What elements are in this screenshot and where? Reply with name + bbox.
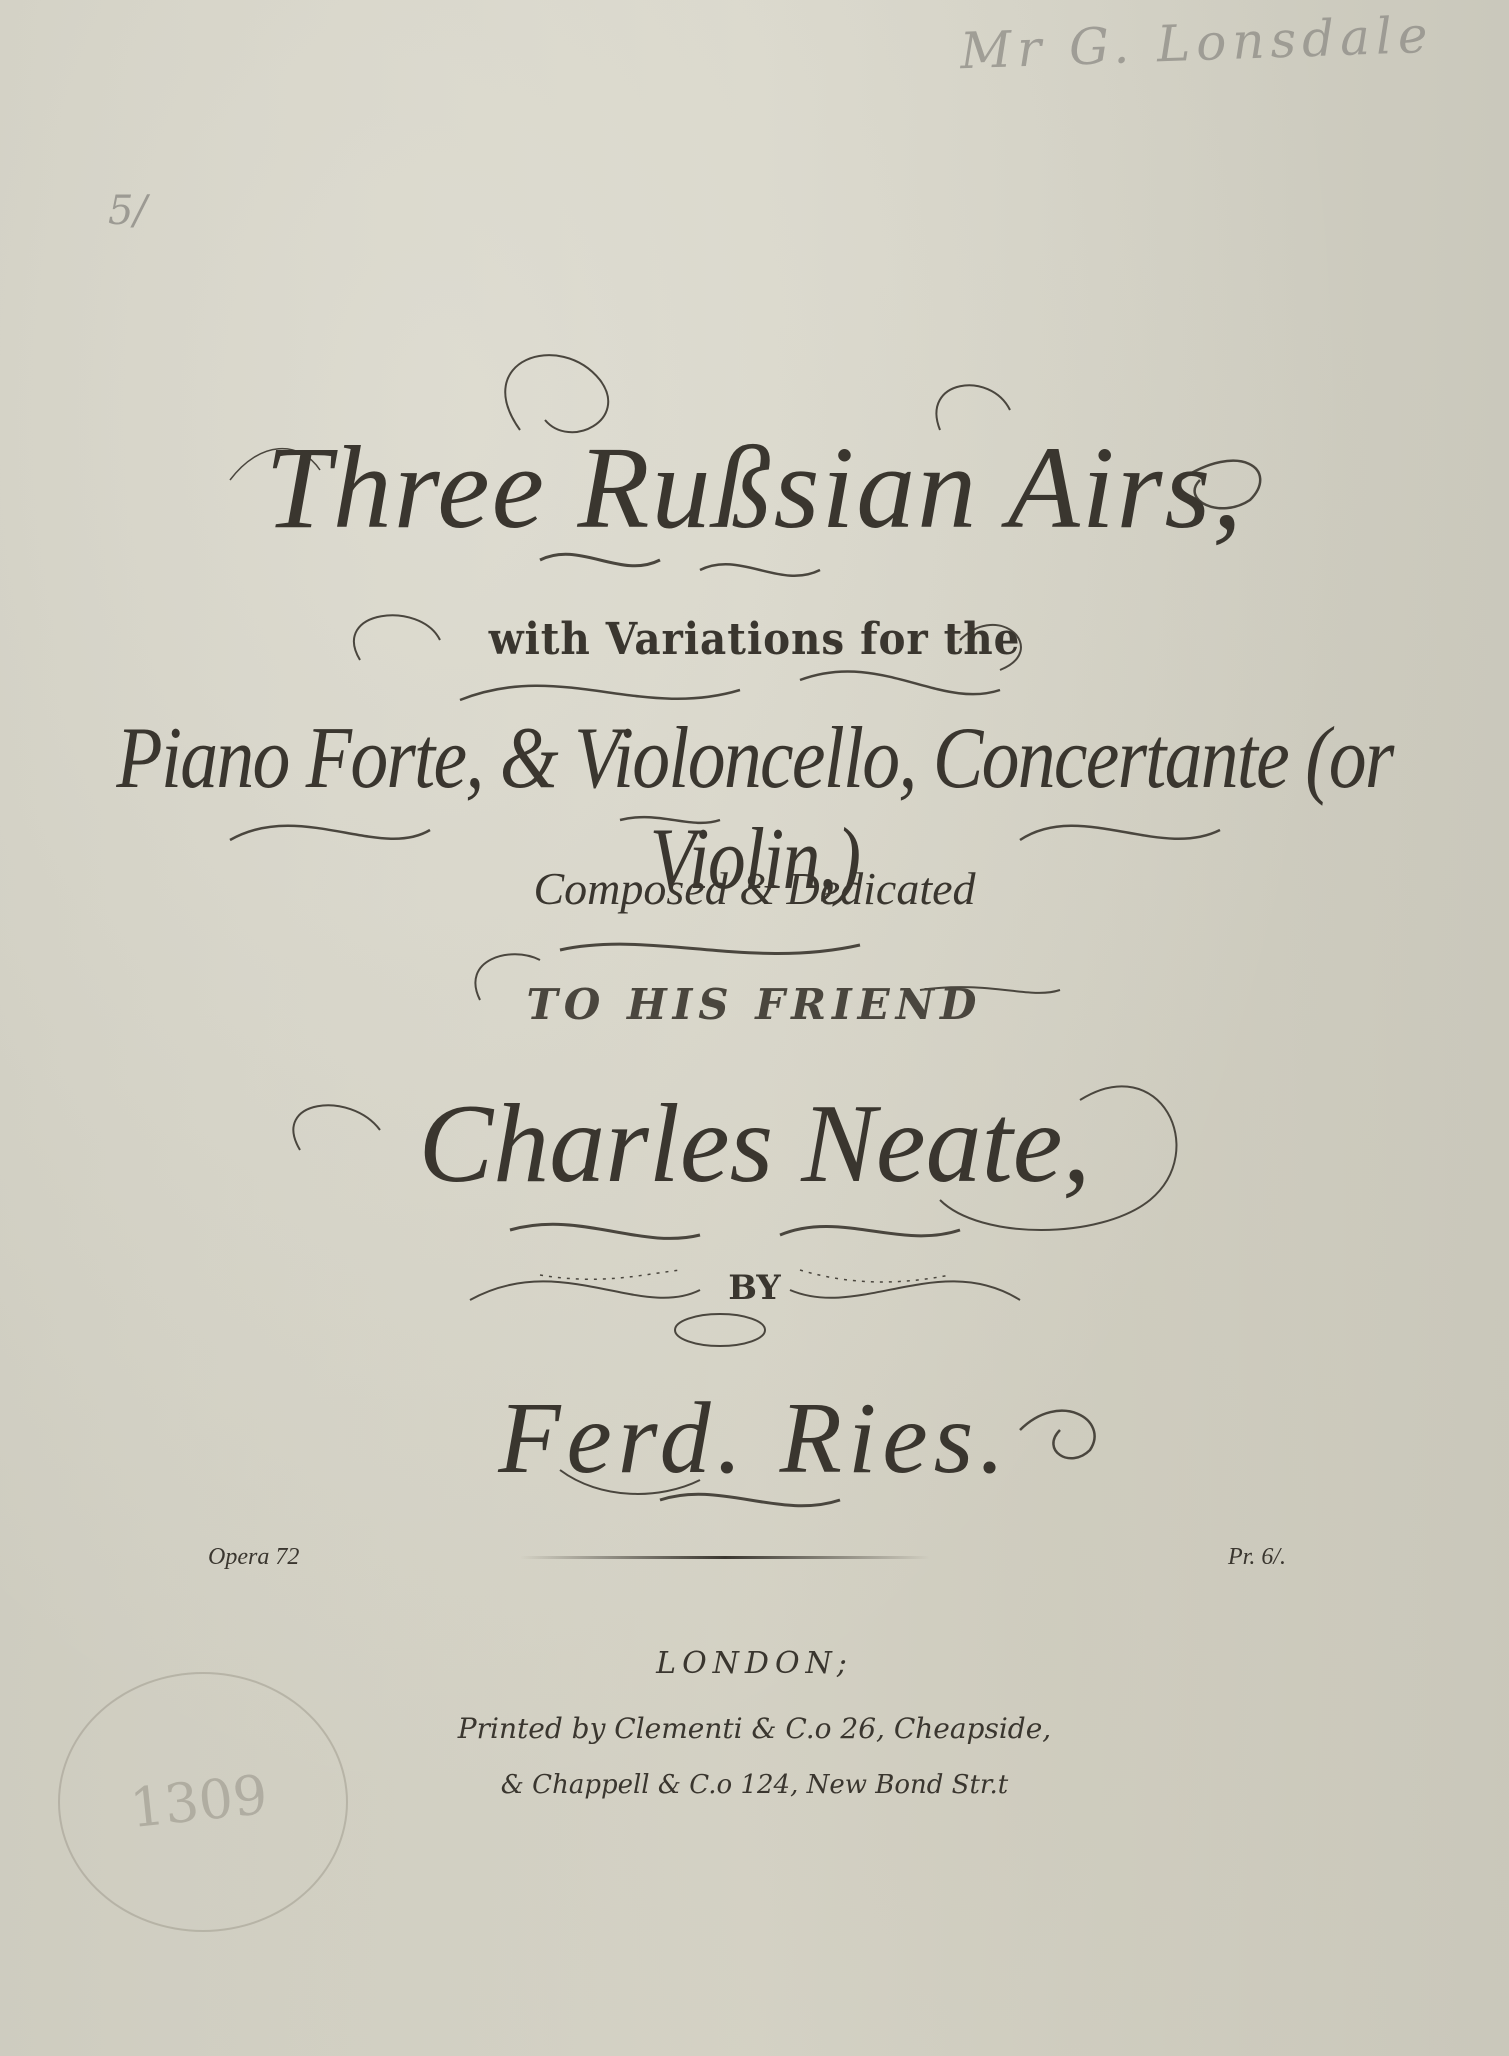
- dedicatee-name: Charles Neate,: [0, 1080, 1509, 1209]
- title-page: Mr G. Lonsdale 5/ Three Rußsian Airs, wi…: [0, 0, 1509, 2056]
- divider-rule: [520, 1556, 930, 1559]
- pencil-catalogue-number: 5/: [108, 188, 147, 234]
- subtitle: with Variations for the: [60, 614, 1448, 665]
- price: Pr. 6/.: [1228, 1544, 1286, 1571]
- by-label: BY: [0, 1268, 1509, 1308]
- composed-dedicated-line: Composed & Dedicated: [0, 862, 1509, 915]
- to-his-friend-line: TO HIS FRIEND: [0, 980, 1509, 1029]
- composer-name: Ferd. Ries.: [0, 1380, 1509, 1497]
- main-title: Three Rußsian Airs,: [0, 420, 1509, 556]
- pencil-signature: Mr G. Lonsdale: [959, 6, 1434, 80]
- opus-number: Opera 72: [208, 1544, 299, 1571]
